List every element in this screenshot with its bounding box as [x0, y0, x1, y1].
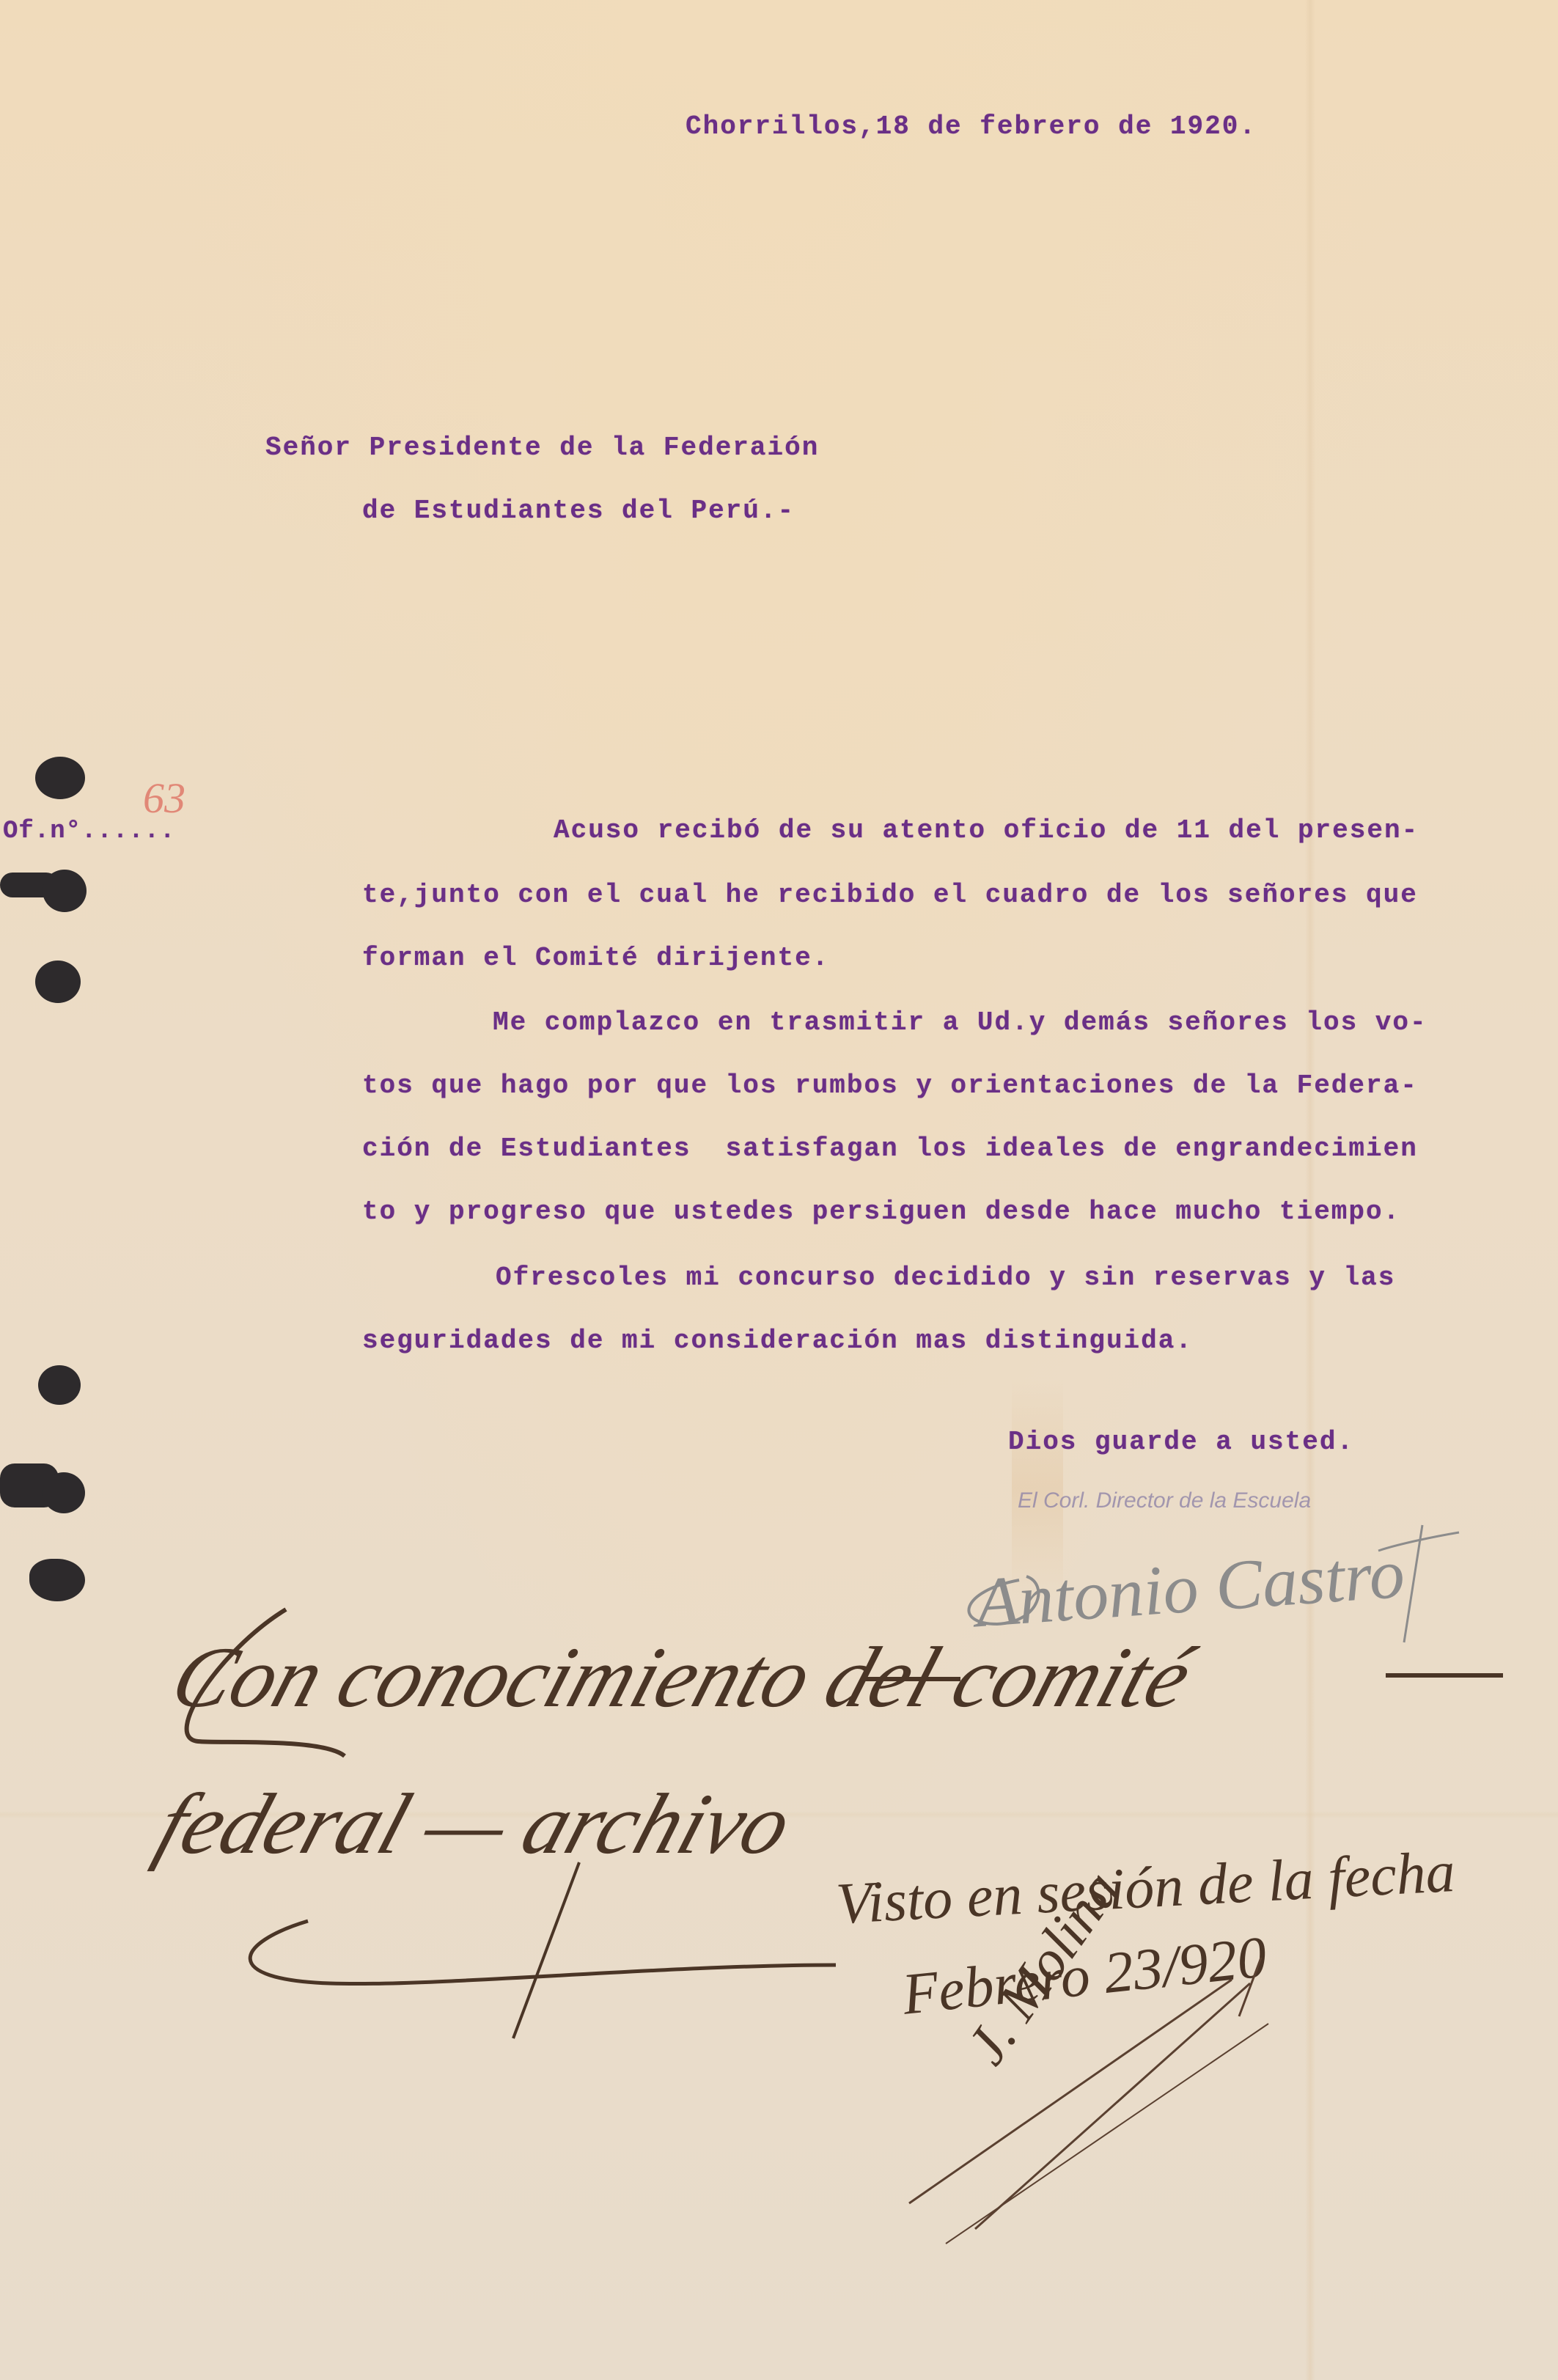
scanned-letter-page: Chorrillos,18 de febrero de 1920. Señor … — [0, 0, 1558, 2380]
seen-signature-stroke-icon — [0, 0, 1558, 2380]
